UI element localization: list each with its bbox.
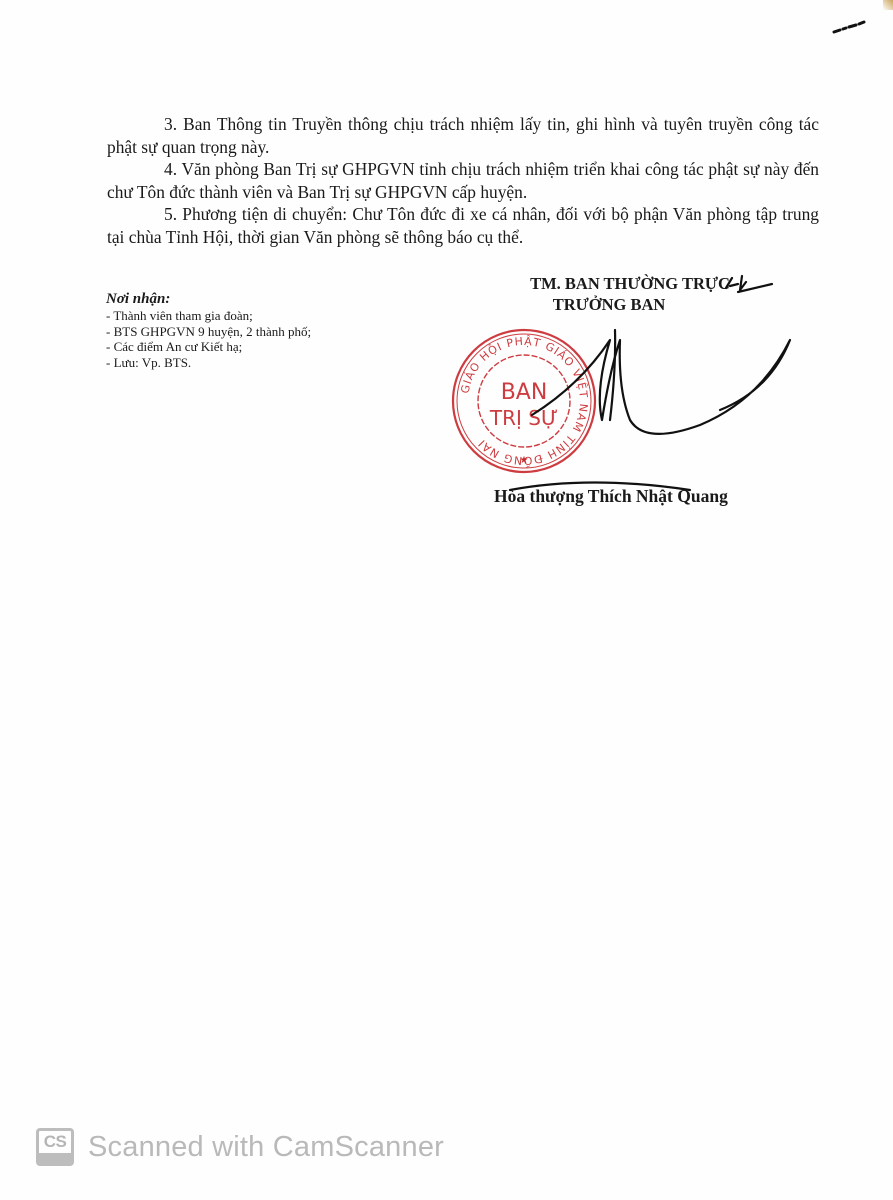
recipient-item: - Thành viên tham gia đoàn; xyxy=(106,308,406,324)
handwritten-signature xyxy=(470,270,810,510)
recipient-item: - Các điểm An cư Kiết hạ; xyxy=(106,339,406,355)
recipients-list: - Thành viên tham gia đoàn; - BTS GHPGVN… xyxy=(106,308,406,370)
signatory-name: Hòa thượng Thích Nhật Quang xyxy=(494,486,728,507)
recipient-item: - BTS GHPGVN 9 huyện, 2 thành phố; xyxy=(106,324,406,340)
camscanner-watermark: CS Scanned with CamScanner xyxy=(36,1128,444,1166)
pen-mark-icon xyxy=(832,18,872,38)
recipients-block: Nơi nhận: - Thành viên tham gia đoàn; - … xyxy=(106,290,406,370)
paragraph-item-3: 3. Ban Thông tin Truyền thông chịu trách… xyxy=(107,113,819,158)
paragraph-item-5: 5. Phương tiện di chuyển: Chư Tôn đức đi… xyxy=(107,203,819,248)
recipient-item: - Lưu: Vp. BTS. xyxy=(106,355,406,371)
watermark-text: Scanned with CamScanner xyxy=(88,1131,444,1164)
document-page: 3. Ban Thông tin Truyền thông chịu trách… xyxy=(0,0,893,1200)
paragraph-item-4: 4. Văn phòng Ban Trị sự GHPGVN tỉnh chịu… xyxy=(107,158,819,203)
camscanner-logo-icon: CS xyxy=(36,1128,74,1166)
recipients-label: Nơi nhận: xyxy=(106,290,406,308)
document-body: 3. Ban Thông tin Truyền thông chịu trách… xyxy=(107,113,819,249)
page-corner-shadow xyxy=(883,0,893,10)
